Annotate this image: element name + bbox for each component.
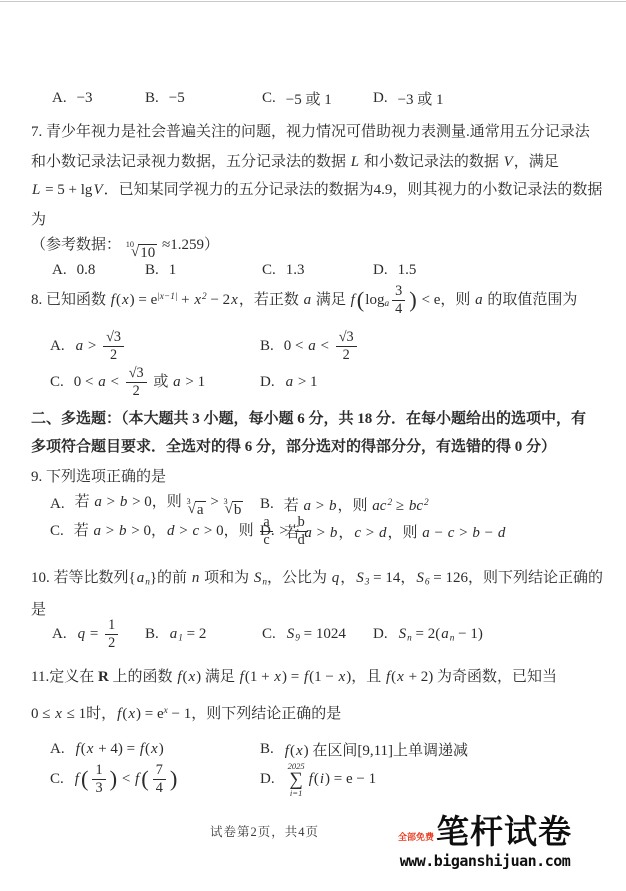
option-c: C.0 < a < √32 或 a > 1 <box>50 366 260 399</box>
option-d: D.−3 或 1 <box>373 88 604 109</box>
option-b: B.1 <box>145 262 262 279</box>
section-2-header-line-1: 二、多选题：（本大题共 3 小题，每小题 6 分，共 18 分．在每小题给出的选… <box>31 407 604 428</box>
option-a: A.0.8 <box>52 262 145 279</box>
exam-paper-page: A.−3 B.−5 C.−5 或 1 D.−3 或 1 7. 青少年视力是社会普… <box>0 0 626 891</box>
option-a: A.−3 <box>52 90 145 107</box>
brand-url: www.biganshijuan.com <box>400 852 571 870</box>
question-11-options-row-2: C.f(13) < f(74) D.2025∑i=1f(i) = e − 1 <box>31 762 604 797</box>
question-9-options-row-2: C.若 a > b > 0，d > c > 0，则 ac > bd D.若 a … <box>31 515 604 548</box>
question-8-options-row-2: C.0 < a < √32 或 a > 1 D.a > 1 <box>31 366 604 399</box>
question-7-reference-data: （参考数据： 10√10 ≈1.259） <box>31 233 604 262</box>
option-b: B.f(x) 在区间[9,11]上单调递减 <box>260 739 604 760</box>
question-9-stem: 9. 下列选项正确的是 <box>31 465 604 486</box>
option-d: D.2025∑i=1f(i) = e − 1 <box>260 762 604 797</box>
question-7-line-4: 为 <box>31 208 604 229</box>
brand-name: 笔杆试卷 <box>436 816 572 851</box>
question-7-line-2: 和小数记录法记录视力数据，五分记录法的数据 L 和小数记录法的数据 V，满足 <box>31 150 604 171</box>
question-10-options-row: A.q = 12 B.a1 = 2 C.S9 = 1024 D.Sn = 2(a… <box>31 618 604 651</box>
option-b: B.−5 <box>145 90 262 107</box>
option-d: D.1.5 <box>373 262 604 279</box>
option-b: B.0 < a < √32 <box>260 330 604 363</box>
option-c: C.若 a > b > 0，d > c > 0，则 ac > bd <box>50 515 260 548</box>
option-c: C.f(13) < f(74) <box>50 763 260 796</box>
free-badge: 全部免费 <box>398 833 434 842</box>
question-8-stem: 8. 已知函数 f(x) = e|x−1| + x2 − 2x，若正数 a 满足… <box>31 284 604 317</box>
option-d: D.若 a > b，c > d，则 a − c > b − d <box>260 521 604 542</box>
option-c: C.S9 = 1024 <box>262 626 373 643</box>
question-10-stem-line-1: 10. 若等比数列{an}的前 n 项和为 Sn，公比为 q，S3 = 14，S… <box>31 566 604 587</box>
question-11-line-2: 0 ≤ x ≤ 1时，f(x) = ex − 1，则下列结论正确的是 <box>31 702 604 723</box>
page-top-rule <box>0 1 626 2</box>
option-a: A.q = 12 <box>52 618 145 651</box>
page-number: 试卷第2页，共4页 <box>210 822 319 840</box>
question-8-options-row-1: A.a > √32 B.0 < a < √32 <box>31 330 604 363</box>
question-11-options-row-1: A.f(x + 4) = f(x) B.f(x) 在区间[9,11]上单调递减 <box>31 739 604 760</box>
option-a: A.a > √32 <box>50 330 260 363</box>
question-7-line-1: 7. 青少年视力是社会普遍关注的问题，视力情况可借助视力表测量.通常用五分记录法 <box>31 120 604 141</box>
brand-watermark: 全部免费 笔杆试卷 www.biganshijuan.com <box>390 816 580 870</box>
question-7-line-3: L = 5 + lgV．已知某同学视力的五分记录法的数据为4.9，则其视力的小数… <box>31 178 604 199</box>
question-6-options-row: A.−3 B.−5 C.−5 或 1 D.−3 或 1 <box>31 88 604 109</box>
option-d: D.Sn = 2(an − 1) <box>373 626 604 643</box>
section-2-header-line-2: 多项符合题目要求．全选对的得 6 分，部分选对的得部分分，有选错的得 0 分） <box>31 435 604 456</box>
question-7-options-row: A.0.8 B.1 C.1.3 D.1.5 <box>31 262 604 279</box>
option-c: C.1.3 <box>262 262 373 279</box>
question-11-line-1: 11.定义在 R 上的函数 f(x) 满足 f(1 + x) = f(1 − x… <box>31 665 604 686</box>
question-10-stem-line-2: 是 <box>31 598 604 619</box>
brand-row: 全部免费 笔杆试卷 <box>398 816 572 851</box>
option-c: C.−5 或 1 <box>262 88 373 109</box>
option-b: B.若 a > b，则 ac2 ≥ bc2 <box>260 494 604 515</box>
option-b: B.a1 = 2 <box>145 626 262 643</box>
option-d: D.a > 1 <box>260 374 604 391</box>
option-a: A.f(x + 4) = f(x) <box>50 741 260 758</box>
